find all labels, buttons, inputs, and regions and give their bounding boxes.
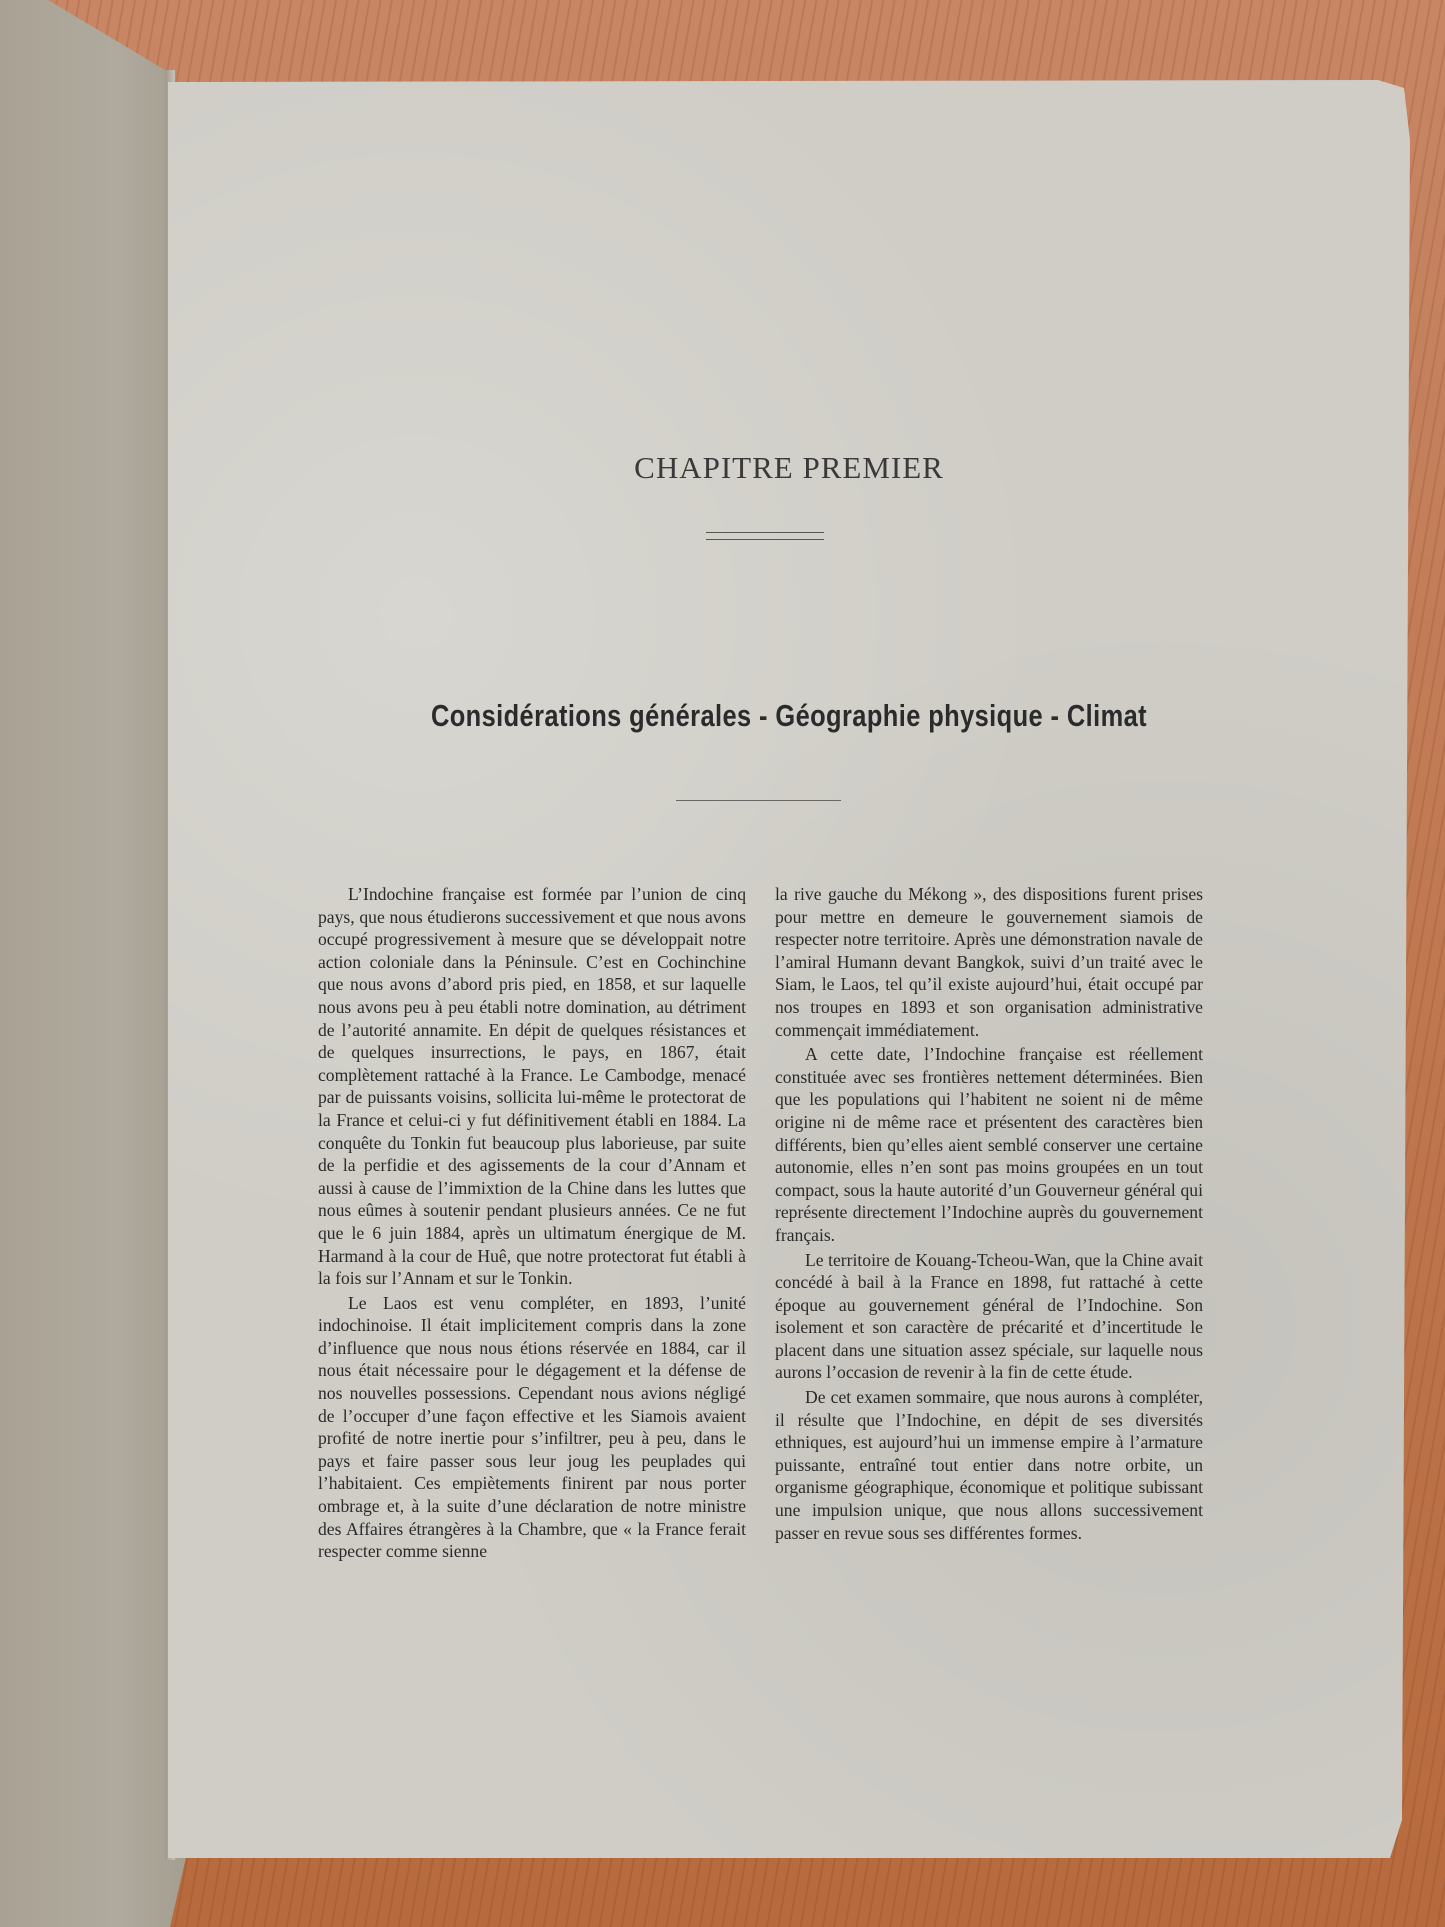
right-text-column: la rive gauche du Mékong », des disposit… <box>775 883 1203 1546</box>
document-page: CHAPITRE PREMIER Considérations générale… <box>168 80 1410 1858</box>
paragraph: Le territoire de Kouang-Tcheou-Wan, que … <box>775 1249 1203 1385</box>
paragraph: De cet examen sommaire, que nous aurons … <box>775 1386 1203 1544</box>
chapter-title: Considérations générales - Géographie ph… <box>280 698 1298 734</box>
double-rule-divider <box>706 532 824 540</box>
paragraph: Le Laos est venu compléter, en 1893, l’u… <box>318 1292 746 1563</box>
paragraph-continued: la rive gauche du Mékong », des disposit… <box>775 883 1203 1041</box>
paragraph: L’Indochine française est formée par l’u… <box>318 883 746 1290</box>
chapter-heading: CHAPITRE PREMIER <box>168 450 1410 486</box>
paragraph: A cette date, l’Indochine française est … <box>775 1043 1203 1246</box>
rule-divider <box>676 800 841 801</box>
left-text-column: L’Indochine française est formée par l’u… <box>318 883 746 1565</box>
